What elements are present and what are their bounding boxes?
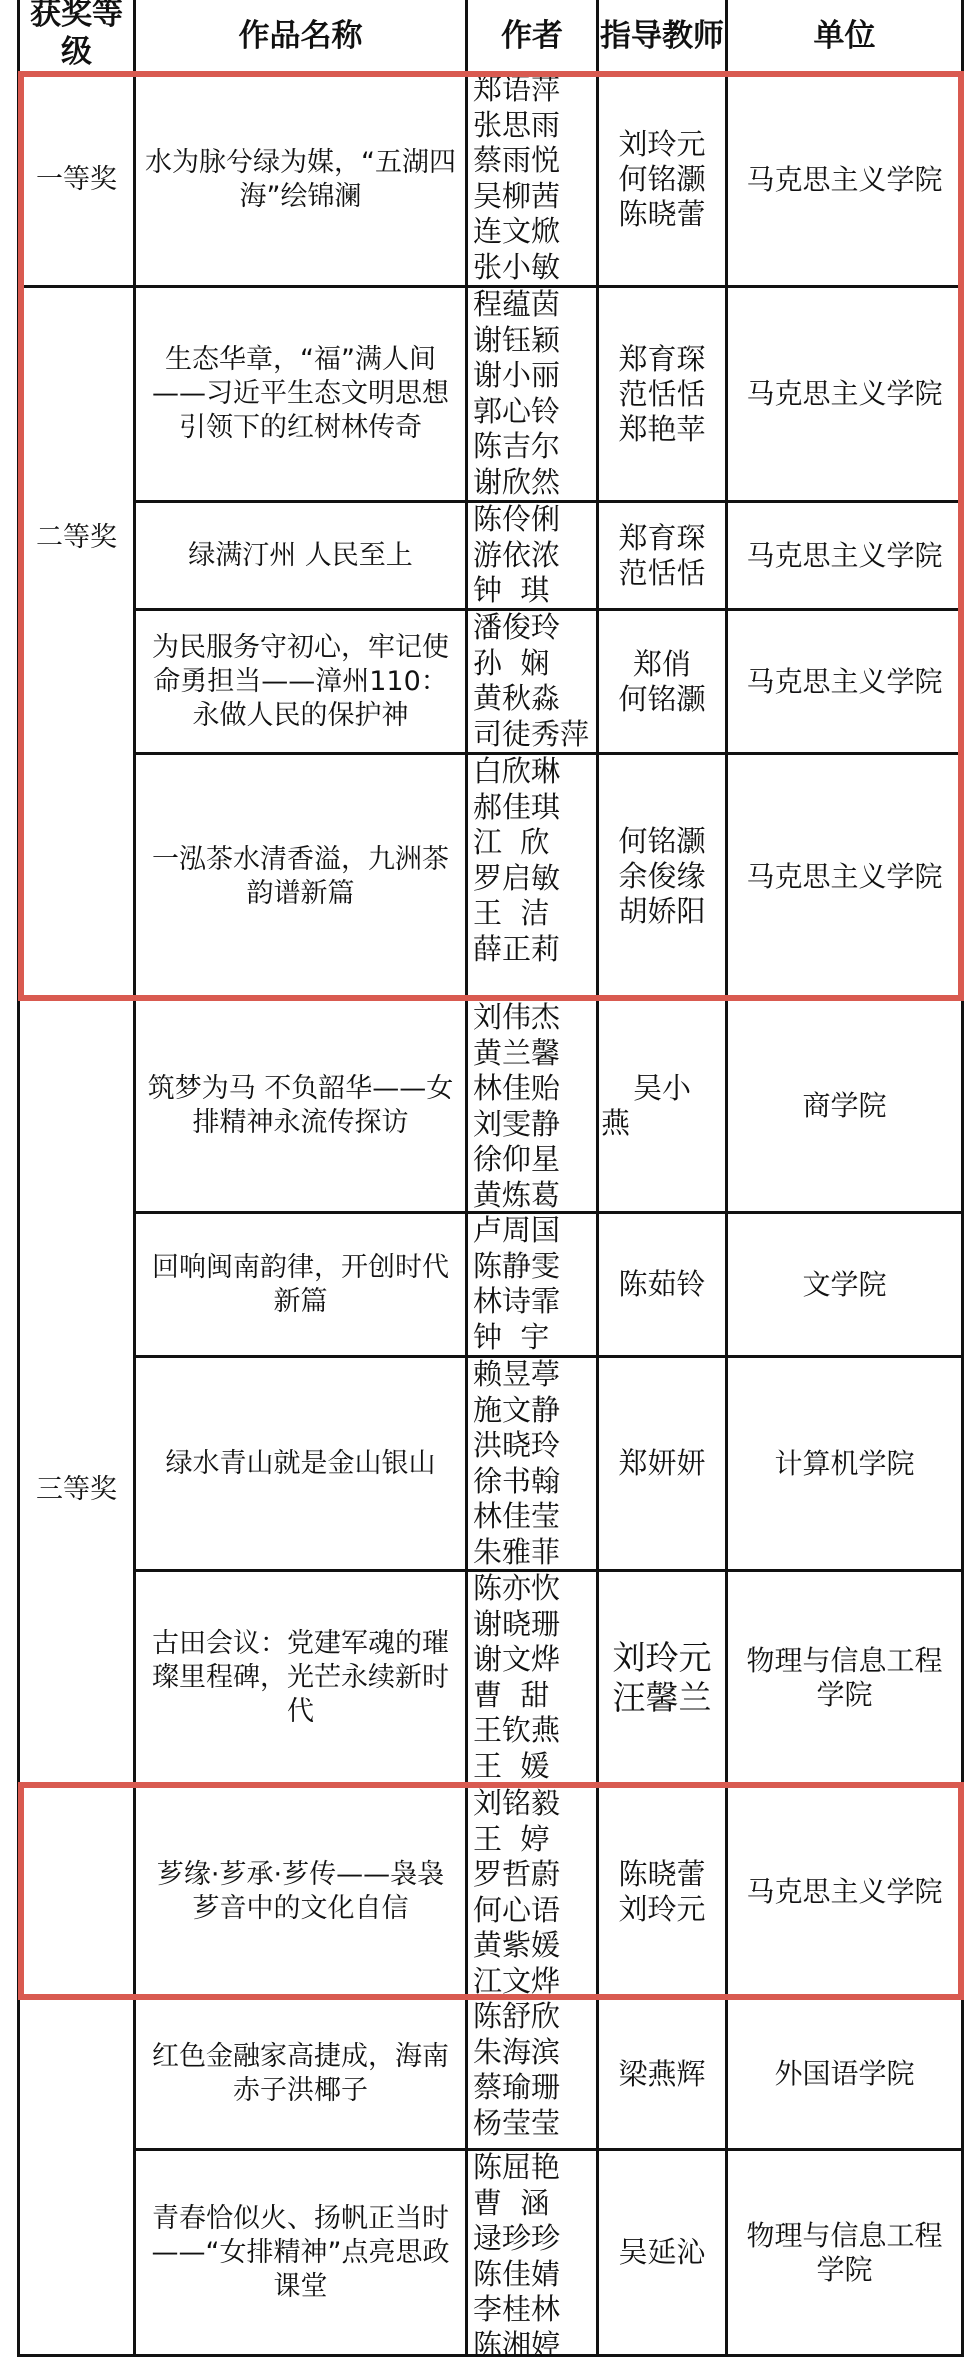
header-work-title: 作品名称 xyxy=(136,0,465,71)
unit-name: 文学院 xyxy=(728,1214,961,1355)
authors-list: 郑语萍 张思雨 蔡雨悦 吴柳茜 连文焮 张小敏 xyxy=(468,72,596,285)
advisor-list: 吴小燕 xyxy=(599,1001,725,1211)
unit-name: 马克思主义学院 xyxy=(728,611,961,752)
work-title: 青春恰似火、扬帆正当时——“女排精神”点亮思政课堂 xyxy=(136,2151,465,2354)
unit-name: 马克思主义学院 xyxy=(728,755,961,998)
unit-name: 商学院 xyxy=(728,1001,961,1211)
authors-list: 陈亦忺 谢晓珊 谢文烨 曹 甜 王钦燕 王 媛 xyxy=(468,1571,596,1784)
advisor-list: 郑育琛 范恬恬 郑艳苹 xyxy=(599,288,725,500)
unit-name: 外国语学院 xyxy=(728,2000,961,2148)
work-title: 古田会议：党建军魂的璀璨里程碑，光芒永续新时代 xyxy=(136,1572,465,1784)
award-second-prize: 二等奖 xyxy=(20,508,133,568)
advisor-list: 郑妍妍 xyxy=(599,1358,725,1569)
unit-name: 物理与信息工程学院 xyxy=(728,1572,961,1784)
authors-list: 陈屈艳 曹 涵 逯珍珍 陈佳婧 李桂林 陈湘婷 xyxy=(468,2150,596,2354)
authors-list: 刘伟杰 黄兰馨 林佳贻 刘雯静 徐仰星 黄炼葛 xyxy=(468,1000,596,1211)
work-title: 回响闽南韵律，开创时代新篇 xyxy=(136,1214,465,1355)
table-border-left xyxy=(17,0,20,2357)
authors-list: 陈伶俐 游依浓 钟 琪 xyxy=(468,502,596,608)
unit-name: 物理与信息工程学院 xyxy=(728,2151,961,2354)
work-title: 为民服务守初心，牢记使命勇担当——漳州110：永做人民的保护神 xyxy=(136,611,465,752)
authors-list: 潘俊玲 孙 娴 黄秋淼 司徒秀萍 xyxy=(468,610,596,752)
advisor-list: 何铭灏 余俊缘 胡娇阳 xyxy=(599,755,725,998)
advisor-list: 吴延沁 xyxy=(599,2151,725,2354)
authors-list: 陈舒欣 朱海滨 蔡瑜珊 杨莹莹 xyxy=(468,1999,596,2148)
authors-list: 卢周国 陈静雯 林诗霏 钟 宇 xyxy=(468,1213,596,1355)
work-title: 红色金融家高捷成，海南赤子洪椰子 xyxy=(136,2000,465,2148)
advisor-list: 郑育琛 范恬恬 xyxy=(599,503,725,608)
work-title: 生态华章，“福”满人间——习近平生态文明思想引领下的红树林传奇 xyxy=(136,288,465,500)
authors-list: 白欣琳 郝佳琪 江 欣 罗启敏 王 洁 薛正莉 xyxy=(468,754,596,998)
unit-name: 计算机学院 xyxy=(728,1358,961,1569)
advisor-name: 吴小燕 xyxy=(599,1071,725,1141)
work-title: 水为脉兮绿为媒，“五湖四海”绘锦澜 xyxy=(136,74,465,285)
table-border-right xyxy=(961,0,964,2357)
work-title: 绿满汀州 人民至上 xyxy=(136,503,465,608)
unit-name: 马克思主义学院 xyxy=(728,1787,961,1997)
advisor-list: 陈晓蕾 刘玲元 xyxy=(599,1787,725,1997)
authors-list: 刘铭毅 王 婷 罗哲蔚 何心语 黄紫媛 江文烨 xyxy=(468,1786,596,1997)
advisor-list: 刘玲元 汪馨兰 xyxy=(599,1572,725,1784)
header-advisor: 指导教师 xyxy=(599,0,725,71)
header-unit: 单位 xyxy=(728,0,961,71)
work-title: 一泓茶水清香溢，九洲茶韵谱新篇 xyxy=(136,755,465,998)
unit-name: 马克思主义学院 xyxy=(728,74,961,285)
work-title: 筑梦为马 不负韶华——女排精神永流传探访 xyxy=(136,1001,465,1211)
unit-name: 马克思主义学院 xyxy=(728,288,961,500)
header-authors: 作者 xyxy=(468,0,596,71)
advisor-list: 陈茹铃 xyxy=(599,1214,725,1355)
work-title: 绿水青山就是金山银山 xyxy=(136,1358,465,1569)
authors-list: 程蕴茵 谢钰颖 谢小丽 郭心铃 陈吉尔 谢欣然 xyxy=(468,287,596,500)
advisor-list: 梁燕辉 xyxy=(599,2000,725,2148)
header-award-level: 获奖等级 xyxy=(20,0,133,71)
work-title: 芗缘·芗承·芗传——袅袅芗音中的文化自信 xyxy=(136,1787,465,1997)
advisor-list: 郑俏 何铭灏 xyxy=(599,611,725,752)
award-first-prize: 一等奖 xyxy=(20,74,133,285)
advisor-list: 刘玲元 何铭灏 陈晓蕾 xyxy=(599,74,725,285)
award-third-prize: 三等奖 xyxy=(20,1460,133,1520)
unit-name: 马克思主义学院 xyxy=(728,503,961,608)
authors-list: 赖昱葶 施文静 洪晓玲 徐书翰 林佳莹 朱雅菲 xyxy=(468,1357,596,1569)
